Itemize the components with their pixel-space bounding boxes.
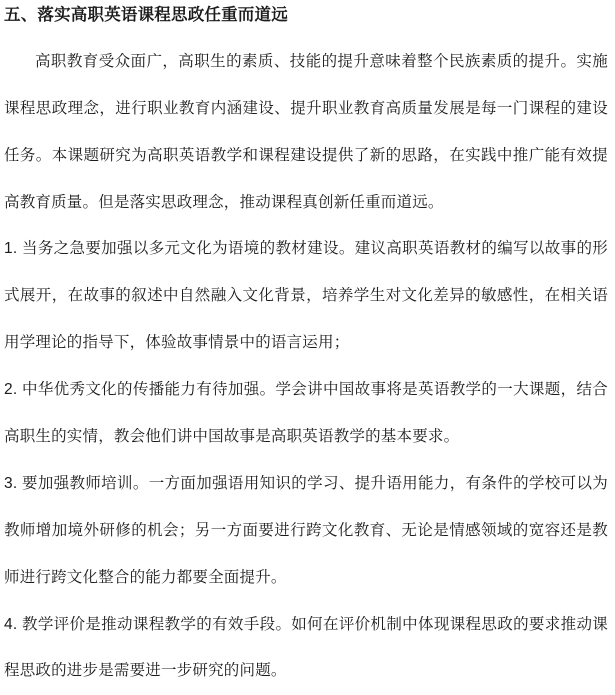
paragraph-point-4: 4. 教学评价是推动课程教学的有效手段。如何在评价机制中体现课程思政的要求推动课… [4, 602, 608, 695]
paragraph-point-2: 2. 中华优秀文化的传播能力有待加强。学会讲中国故事将是英语教学的一大课题，结合… [4, 367, 608, 461]
document-body: 五、落实高职英语课程思政任重而道远 高职教育受众面广，高职生的素质、技能的提升意… [0, 0, 615, 695]
text-line: 用学理论的指导下，体验故事情景中的语言运用； [4, 320, 608, 367]
text-line: 2. 中华优秀文化的传播能力有待加强。学会讲中国故事将是英语教学的一大课题，结合 [4, 367, 608, 414]
paragraph-point-1: 1. 当务之急要加强以多元文化为语境的教材建设。建议高职英语教材的编写以故事的形… [4, 226, 608, 367]
text-line: 高职生的实情，教会他们讲中国故事是高职英语教学的基本要求。 [4, 414, 608, 461]
text-line: 教师增加境外研修的机会；另一方面要进行跨文化教育、无论是情感领域的宽容还是教 [4, 508, 608, 555]
text-line: 课程思政理念，进行职业教育内涵建设、提升职业教育高质量发展是每一门课程的建设 [4, 86, 608, 133]
document-page: 五、落实高职英语课程思政任重而道远 高职教育受众面广，高职生的素质、技能的提升意… [0, 0, 615, 695]
text-line: 3. 要加强教师培训。一方面加强语用知识的学习、提升语用能力，有条件的学校可以为 [4, 461, 608, 508]
text-line: 高教育质量。但是落实思政理念，推动课程真创新任重而道远。 [4, 180, 608, 227]
text-line: 1. 当务之急要加强以多元文化为语境的教材建设。建议高职英语教材的编写以故事的形 [4, 226, 608, 273]
text-line: 师进行跨文化整合的能力都要全面提升。 [4, 555, 608, 602]
paragraph-point-3: 3. 要加强教师培训。一方面加强语用知识的学习、提升语用能力，有条件的学校可以为… [4, 461, 608, 602]
text-line: 高职教育受众面广，高职生的素质、技能的提升意味着整个民族素质的提升。实施 [4, 39, 608, 86]
paragraph-intro: 高职教育受众面广，高职生的素质、技能的提升意味着整个民族素质的提升。实施 课程思… [4, 39, 608, 227]
text-line: 任务。本课题研究为高职英语教学和课程建设提供了新的思路，在实践中推广能有效提 [4, 133, 608, 180]
text-line: 式展开，在故事的叙述中自然融入文化背景，培养学生对文化差异的敏感性，在相关语 [4, 273, 608, 320]
text-line: 程思政的进步是需要进一步研究的问题。 [4, 648, 608, 695]
section-heading: 五、落实高职英语课程思政任重而道远 [4, 0, 608, 39]
text-line: 4. 教学评价是推动课程教学的有效手段。如何在评价机制中体现课程思政的要求推动课 [4, 602, 608, 649]
